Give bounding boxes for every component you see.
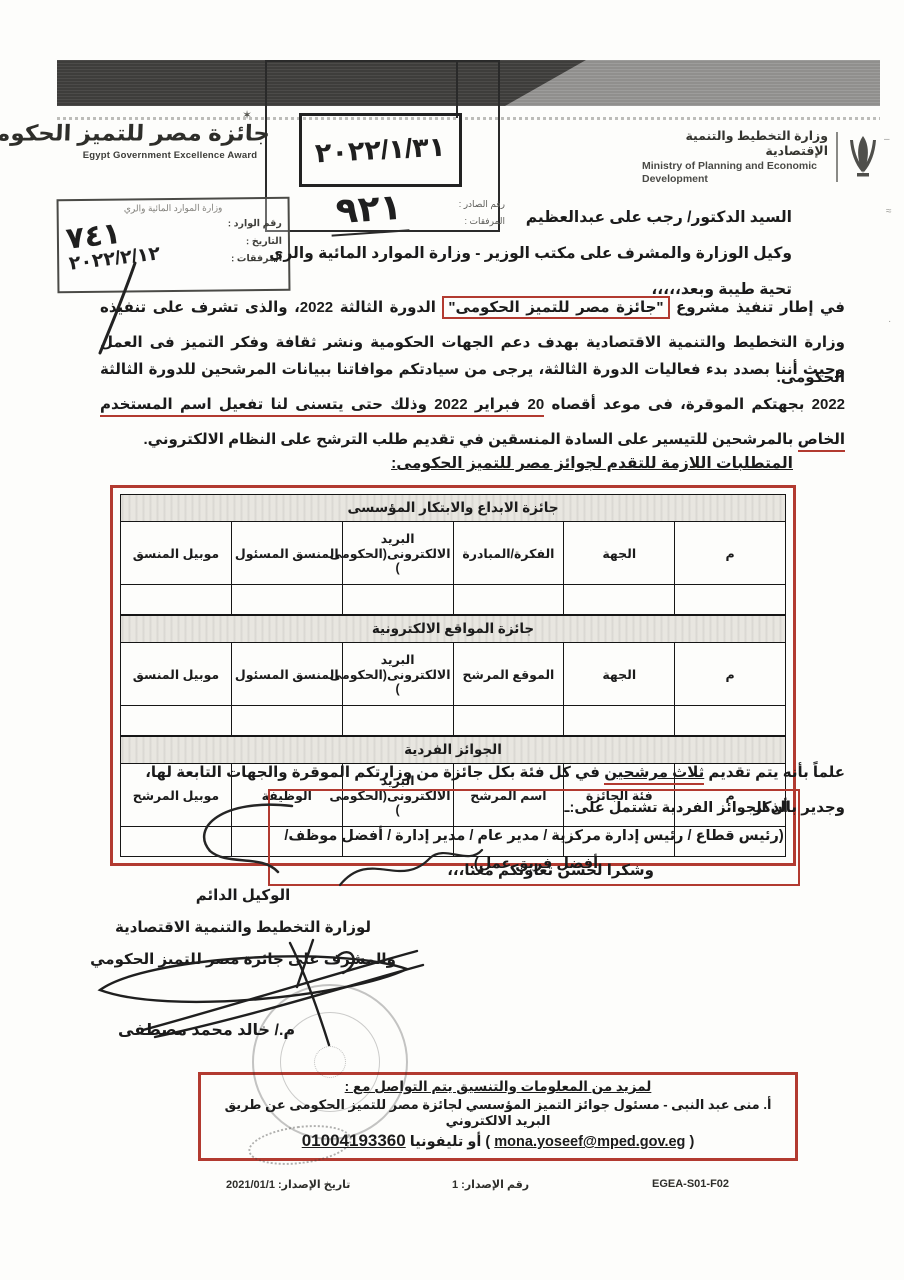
table-header-cell: المنسق المسئول (231, 643, 342, 706)
incoming-stamp-ministry: وزارة الموارد المائية والري (65, 202, 282, 215)
scanned-letter-page: – ≈ · وزارة التخطيط والتنمية الإقتصادية … (0, 0, 904, 1280)
table-header-cell: الجهة (564, 522, 675, 585)
signer-titles: الوكيل الدائم لوزارة التخطيط والتنمية ال… (78, 880, 408, 976)
outgoing-date-stamp: ٢٠٢٢/١/٣١ (299, 113, 462, 187)
table-header-row: م الجهة الموقع المرشح البريد الالكترونى(… (121, 643, 786, 706)
ministry-letterhead: وزارة التخطيط والتنمية الإقتصادية Minist… (642, 128, 880, 186)
table-header-cell: الموقع المرشح (453, 643, 564, 706)
scan-banner-light-area (505, 60, 880, 106)
table-empty-row (121, 585, 786, 615)
scan-speck: ≈ (886, 206, 892, 217)
table-header-cell: م (675, 643, 786, 706)
table-header-cell: البريد الالكترونى(الحكومى ) (342, 643, 453, 706)
footer-issue-number: رقم الإصدار: 1 (452, 1178, 529, 1191)
recipient-title: وكيل الوزارة والمشرف على مكتب الوزير - و… (260, 236, 792, 272)
award-name-red-box: "جائزة مصر للتميز الحكومى" (442, 296, 669, 319)
table-header-cell: موبيل المنسق (121, 643, 232, 706)
ministry-name-arabic: وزارة التخطيط والتنمية الإقتصادية (642, 128, 828, 158)
table-header-row: م الجهة الفكرة/المبادرة البريد الالكترون… (121, 522, 786, 585)
recipient-name: السيد الدكتور/ رجب على عبدالعظيم (260, 200, 792, 236)
signer-name: م./ خالد محمد مصطفى (118, 1020, 295, 1040)
photocopy-frame-line (456, 60, 458, 118)
table-institutional-innovation-award: جائزة الابداع والابتكار المؤسسى م الجهة … (120, 494, 786, 615)
eagle-emblem-icon (846, 133, 880, 181)
table-websites-award: جائزة المواقع الالكترونية م الجهة الموقع… (120, 615, 786, 736)
ministry-name-english: Ministry of Planning and Economic Develo… (642, 160, 828, 186)
table-title: جائزة الابداع والابتكار المؤسسى (121, 495, 786, 522)
signer-title: الوكيل الدائم (78, 880, 408, 912)
scan-speck: · (888, 316, 891, 327)
incoming-stamp: وزارة الموارد المائية والري رقم الوارد :… (57, 197, 291, 293)
letterhead-divider (836, 132, 838, 182)
contact-email: mona.yoseef@mped.gov.eg (494, 1134, 685, 1150)
deadline-date: 20 فبراير 2022 (434, 396, 544, 417)
contact-person-line: أ. منى عبد النبى - مسئول جوائز التميز ال… (213, 1097, 783, 1129)
scan-speck: – (884, 134, 890, 145)
footer-issue-date: تاريخ الإصدار: 2021/01/1 (226, 1178, 350, 1191)
table-header-cell: المنسق المسئول (231, 522, 342, 585)
award-name-english: Egypt Government Excellence Award (70, 150, 270, 161)
three-candidates-emphasis: ثلاث مرشحين (604, 764, 704, 785)
table-header-cell: موبيل المنسق (121, 522, 232, 585)
requirements-title: المتطلبات اللازمة للتقدم لجوائز مصر للتم… (391, 446, 793, 481)
footer-form-code: EGEA-S01-F02 (652, 1178, 729, 1190)
paragraph-deadline: وحيث أننا بصدد بدء فعاليات الدورة الثالث… (100, 352, 845, 457)
table-header-cell: البريد الالكترونى(الحكومى ) (342, 522, 453, 585)
signer-title: لوزارة التخطيط والتنمية الاقتصادية (78, 912, 408, 944)
ministry-name: وزارة التخطيط والتنمية الإقتصادية Minist… (642, 128, 828, 186)
table-header-cell: م (675, 522, 786, 585)
outgoing-date-handwritten: ٢٠٢٢/١/٣١ (315, 131, 447, 169)
table-header-cell: الجهة (564, 643, 675, 706)
award-name-arabic: جائزة مصر للتميز الحكومي (70, 121, 271, 147)
incoming-stamp-handwriting: ٧٤١ ٢٠٢٢/٢/١٢ (64, 212, 161, 276)
thanks-line: وشكرا لحسن تعاونكم معنا،،، (447, 853, 654, 888)
table-title: جائزة المواقع الالكترونية (121, 616, 786, 643)
table-header-cell: الفكرة/المبادرة (453, 522, 564, 585)
contact-heading: لمزيد من المعلومات والتنسيق يتم التواصل … (213, 1079, 783, 1095)
individual-awards-line1: أن الجوائز الفردية تشتمل على:ـ (280, 794, 788, 822)
award-logo: ✶ جائزة مصر للتميز الحكومي Egypt Governm… (70, 120, 270, 161)
signer-title: والمشرف على جائزة مصر للتميز الحكومي (78, 944, 408, 976)
table-empty-row (121, 706, 786, 736)
